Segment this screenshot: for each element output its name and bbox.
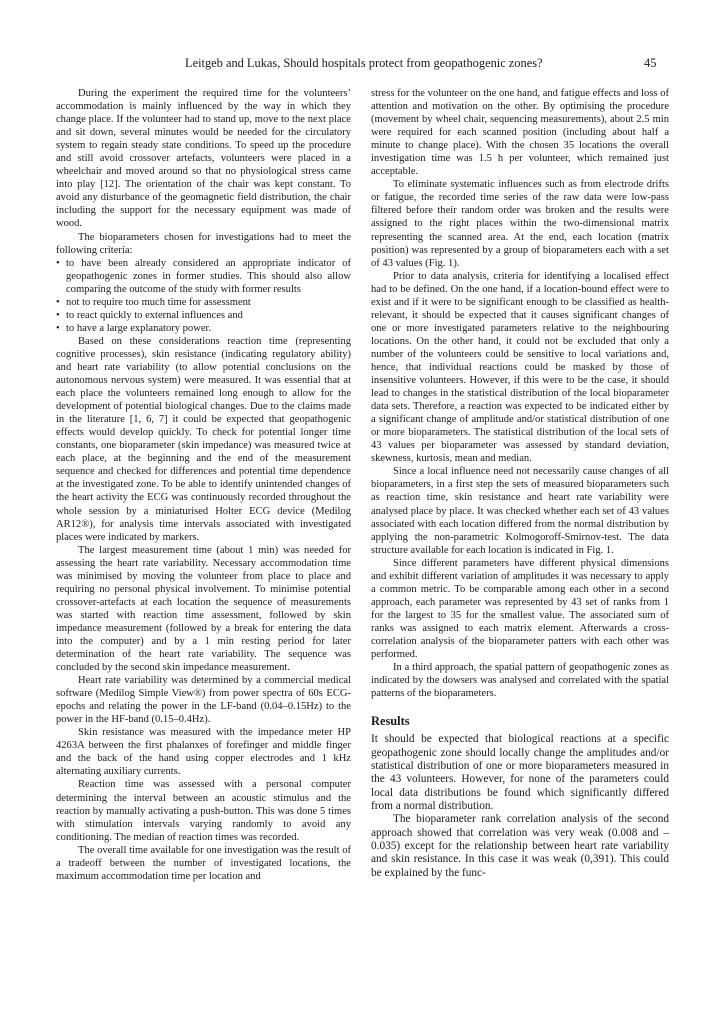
bullet-icon: • <box>56 296 60 309</box>
criteria-item: •to have been already considered an appr… <box>56 257 351 296</box>
right-column: stress for the volunteer on the one hand… <box>371 87 669 880</box>
paragraph: In a third approach, the spatial pattern… <box>371 661 669 700</box>
paragraph: Since different parameters have differen… <box>371 557 669 661</box>
results-heading: Results <box>371 714 669 729</box>
paragraph: The overall time available for one inves… <box>56 844 351 883</box>
paragraph: It should be expected that biological re… <box>371 733 669 813</box>
paragraph: Skin resistance was measured with the im… <box>56 726 351 778</box>
criteria-item: •not to require too much time for assess… <box>56 296 351 309</box>
left-column: During the experiment the required time … <box>56 87 351 883</box>
paragraph: The bioparameters chosen for investigati… <box>56 231 351 257</box>
paragraph: Prior to data analysis, criteria for ide… <box>371 270 669 466</box>
bullet-icon: • <box>56 309 60 322</box>
running-title: Leitgeb and Lukas, Should hospitals prot… <box>185 56 543 71</box>
paragraph: To eliminate systematic influences such … <box>371 178 669 269</box>
bullet-icon: • <box>56 257 60 270</box>
results-section: It should be expected that biological re… <box>371 733 669 880</box>
paragraph: Reaction time was assessed with a person… <box>56 778 351 843</box>
bullet-icon: • <box>56 322 60 335</box>
criteria-item: •to have a large explanatory power. <box>56 322 351 335</box>
paragraph: Based on these considerations reaction t… <box>56 335 351 544</box>
paragraph: stress for the volunteer on the one hand… <box>371 87 669 178</box>
paragraph: Since a local influence need not necessa… <box>371 465 669 556</box>
criteria-item: •to react quickly to external influences… <box>56 309 351 322</box>
paragraph: The largest measurement time (about 1 mi… <box>56 544 351 674</box>
criteria-list: •to have been already considered an appr… <box>56 257 351 335</box>
paragraph: During the experiment the required time … <box>56 87 351 231</box>
paragraph: The bioparameter rank correlation analys… <box>371 813 669 880</box>
running-header: Leitgeb and Lukas, Should hospitals prot… <box>0 56 724 74</box>
page-number: 45 <box>644 56 656 71</box>
paragraph: Heart rate variability was determined by… <box>56 674 351 726</box>
